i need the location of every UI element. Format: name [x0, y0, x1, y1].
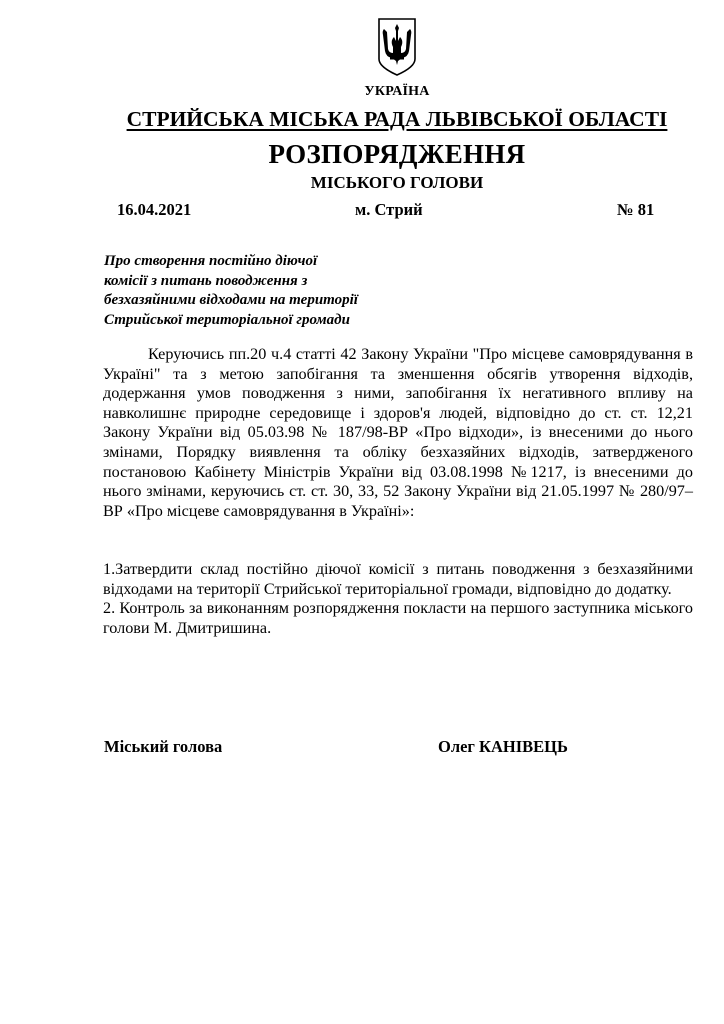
document-subject: Про створення постійно діючої комісії з … — [104, 252, 404, 330]
subject-line: Стрийської територіальної громади — [104, 311, 404, 331]
subject-line: комісії з питань поводження з — [104, 272, 404, 292]
council-name: СТРИЙСЬКА МІСЬКА РАДА ЛЬВІВСЬКОЇ ОБЛАСТІ — [0, 107, 724, 132]
decision-item-2: 2. Контроль за виконанням розпорядження … — [103, 599, 693, 638]
subject-line: Про створення постійно діючої — [104, 252, 404, 272]
preamble-text: Керуючись пп.20 ч.4 статті 42 Закону Укр… — [103, 345, 693, 521]
subject-line: безхазяйними відходами на території — [104, 291, 404, 311]
signatory-name: Олег КАНІВЕЦЬ — [438, 737, 568, 757]
signatory-title: Міський голова — [104, 737, 222, 757]
document-city: м. Стрий — [355, 200, 423, 220]
document-number: № 81 — [617, 200, 654, 220]
coat-of-arms-icon — [376, 17, 418, 77]
preamble: Керуючись пп.20 ч.4 статті 42 Закону Укр… — [103, 345, 693, 521]
document-type: РОЗПОРЯДЖЕННЯ — [0, 139, 724, 170]
document-date: 16.04.2021 — [117, 200, 191, 220]
decision-items: 1.Затвердити склад постійно діючої коміс… — [103, 560, 693, 638]
decision-item-1: 1.Затвердити склад постійно діючої коміс… — [103, 560, 693, 599]
country-label: УКРАЇНА — [0, 84, 724, 100]
document-issuer: МІСЬКОГО ГОЛОВИ — [0, 173, 724, 193]
